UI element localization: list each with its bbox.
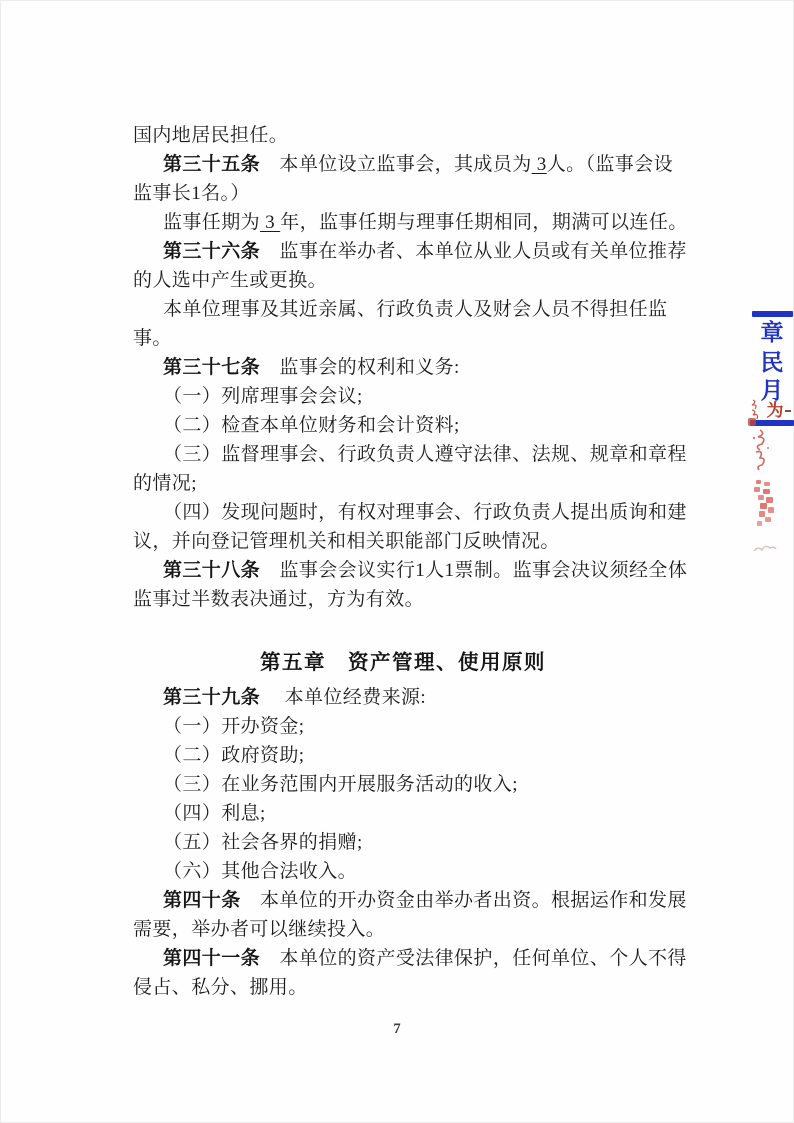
page-number: 7 [0,1021,794,1038]
text-line: 第三十七条 监事会的权利和义务: [133,353,673,382]
text-line: 议，并向登记管理机关和相关职能部门反映情况。 [133,527,673,556]
text-line: 事。 [133,324,673,353]
text-line: （六）其他合法收入。 [133,857,673,886]
text-line: 监事过半数表决通过，方为有效。 [133,585,673,614]
text-line: 的情况; [133,469,673,498]
text-line: （五）社会各界的捐赠; [133,828,673,857]
text-line: （一）开办资金; [133,712,673,741]
seal-fragment-lower [750,478,780,532]
seal-fragment-faint [752,543,778,557]
chapter-heading: 第五章 资产管理、使用原则 [133,648,673,677]
text-line: 第四十条 本单位的开办资金由举办者出资。根据运作和发展 [133,886,673,915]
text-line: （一）列席理事会会议; [133,382,673,411]
text-line: （三）监督理事会、行政负责人遵守法律、法规、规章和章程 [133,440,673,469]
text-line: 侵占、私分、挪用。 [133,973,673,1002]
scanned-document-page: 国内地居民担任。第三十五条 本单位设立监事会，其成员为 3人。（监事会设监事长1… [0,0,794,1123]
text-line: 第三十九条 本单位经费来源: [133,683,673,712]
text-line: 的人选中产生或更换。 [133,266,673,295]
text-line: （二）检查本单位财务和会计资料; [133,411,673,440]
stamp-bar-top [752,311,793,317]
text-line: （四）发现问题时，有权对理事会、行政负责人提出质询和建 [133,498,673,527]
text-line: 国内地居民担任。 [133,121,673,150]
text-line: 第三十六条 监事在举办者、本单位从业人员或有关单位推荐 [133,237,673,266]
text-line: （四）利息; [133,799,673,828]
red-mark-on-bar [748,418,756,426]
stamp-bar-bottom [750,420,794,426]
text-line: 监事长1名。） [133,179,673,208]
text-line: 监事任期为 3 年，监事任期与理事任期相同，期满可以连任。 [133,208,673,237]
document-body: 国内地居民担任。第三十五条 本单位设立监事会，其成员为 3人。（监事会设监事长1… [133,121,673,1002]
text-line: 第三十八条 监事会会议实行1人1票制。监事会决议须经全体 [133,556,673,585]
text-line: （二）政府资助; [133,741,673,770]
text-line: 第三十五条 本单位设立监事会，其成员为 3人。（监事会设 [133,150,673,179]
red-dash [785,410,791,412]
seal-fragment-upper [746,428,780,474]
stamp-char-1: 章 [752,320,792,344]
text-line: 第四十一条 本单位的资产受法律保护，任何单位、个人不得 [133,944,673,973]
text-line: （三）在业务范围内开展服务活动的收入; [133,770,673,799]
stamp-char-2: 民 [752,350,792,374]
text-line: 需要，举办者可以继续投入。 [133,915,673,944]
text-line: 本单位理事及其近亲属、行政负责人及财会人员不得担任监 [133,295,673,324]
